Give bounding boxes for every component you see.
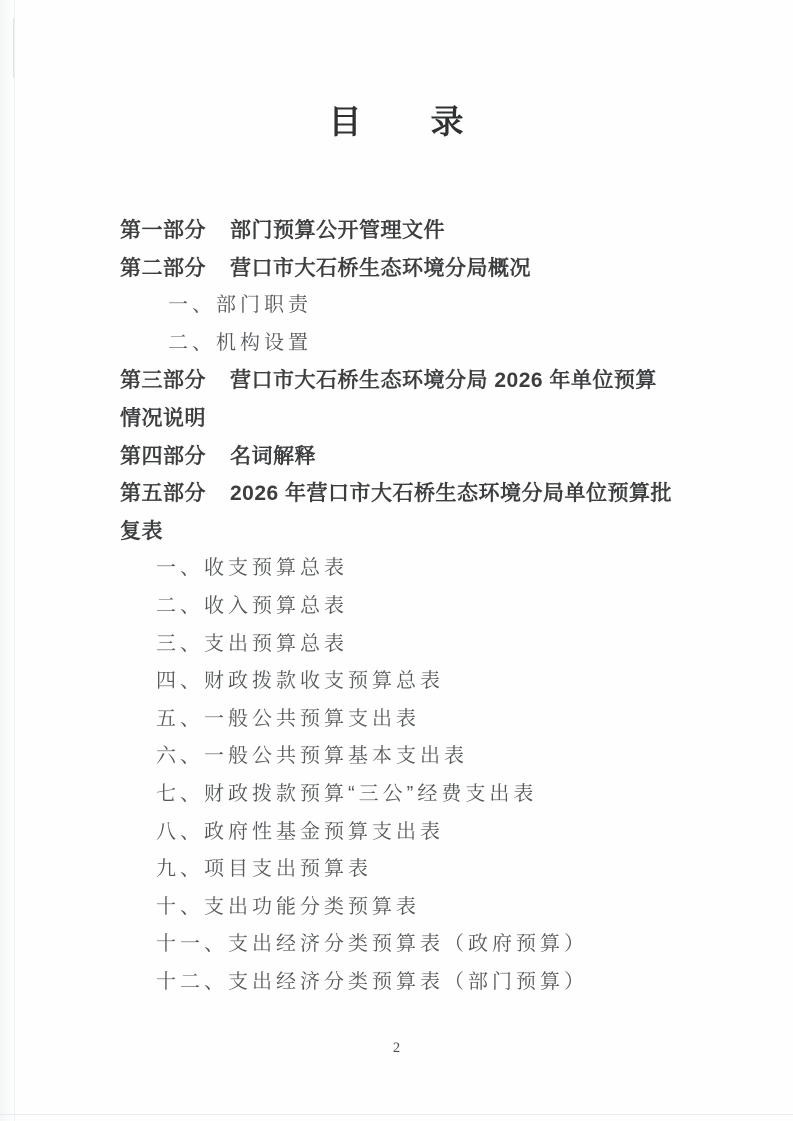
toc-sub-item: 八、政府性基金预算支出表 — [120, 814, 675, 852]
toc-part-1: 第一部分部门预算公开管理文件 — [120, 212, 675, 250]
toc-sub-item: 九、项目支出预算表 — [120, 851, 675, 889]
toc-sub-item: 二、收入预算总表 — [120, 588, 675, 626]
toc-sub-item: 一、收支预算总表 — [120, 550, 675, 588]
toc-part-2-label: 第二部分 — [120, 257, 206, 280]
table-of-contents: 第一部分部门预算公开管理文件 第二部分营口市大石桥生态环境分局概况 一、部门职责… — [120, 212, 675, 1001]
document-page: 目 录 第一部分部门预算公开管理文件 第二部分营口市大石桥生态环境分局概况 一、… — [0, 0, 793, 1121]
toc-part-5-label: 第五部分 — [120, 482, 206, 505]
toc-part-2: 第二部分营口市大石桥生态环境分局概况 — [120, 250, 675, 288]
toc-sub-item: 四、财政拨款收支预算总表 — [120, 663, 675, 701]
toc-sub-item: 六、一般公共预算基本支出表 — [120, 738, 675, 776]
toc-part-3-label: 第三部分 — [120, 369, 206, 392]
page-number: 2 — [0, 1040, 793, 1057]
doc-title: 目 录 — [0, 96, 793, 143]
toc-part-1-title: 部门预算公开管理文件 — [230, 219, 445, 242]
toc-sub-item: 三、支出预算总表 — [120, 626, 675, 664]
toc-part-4: 第四部分名词解释 — [120, 438, 675, 476]
toc-part-4-label: 第四部分 — [120, 445, 206, 468]
toc-sub-item: 一、部门职责 — [120, 287, 675, 325]
scan-edge-artifact-left — [0, 0, 15, 1121]
toc-sub-item: 五、一般公共预算支出表 — [120, 701, 675, 739]
toc-part-4-title: 名词解释 — [230, 445, 316, 468]
toc-sub-item: 二、机构设置 — [120, 325, 675, 363]
toc-sub-item: 十二、支出经济分类预算表（部门预算） — [120, 964, 675, 1002]
toc-sub-item: 十、支出功能分类预算表 — [120, 889, 675, 927]
toc-part-3: 第三部分营口市大石桥生态环境分局 2026 年单位预算情况说明 — [120, 362, 675, 437]
toc-part-1-label: 第一部分 — [120, 219, 206, 242]
toc-part-2-title: 营口市大石桥生态环境分局概况 — [230, 257, 531, 280]
scan-edge-artifact-bottom — [0, 1114, 793, 1115]
toc-part-5: 第五部分2026 年营口市大石桥生态环境分局单位预算批复表 — [120, 475, 675, 550]
toc-sub-item: 十一、支出经济分类预算表（政府预算） — [120, 926, 675, 964]
toc-sub-item: 七、财政拨款预算“三公”经费支出表 — [120, 776, 675, 814]
